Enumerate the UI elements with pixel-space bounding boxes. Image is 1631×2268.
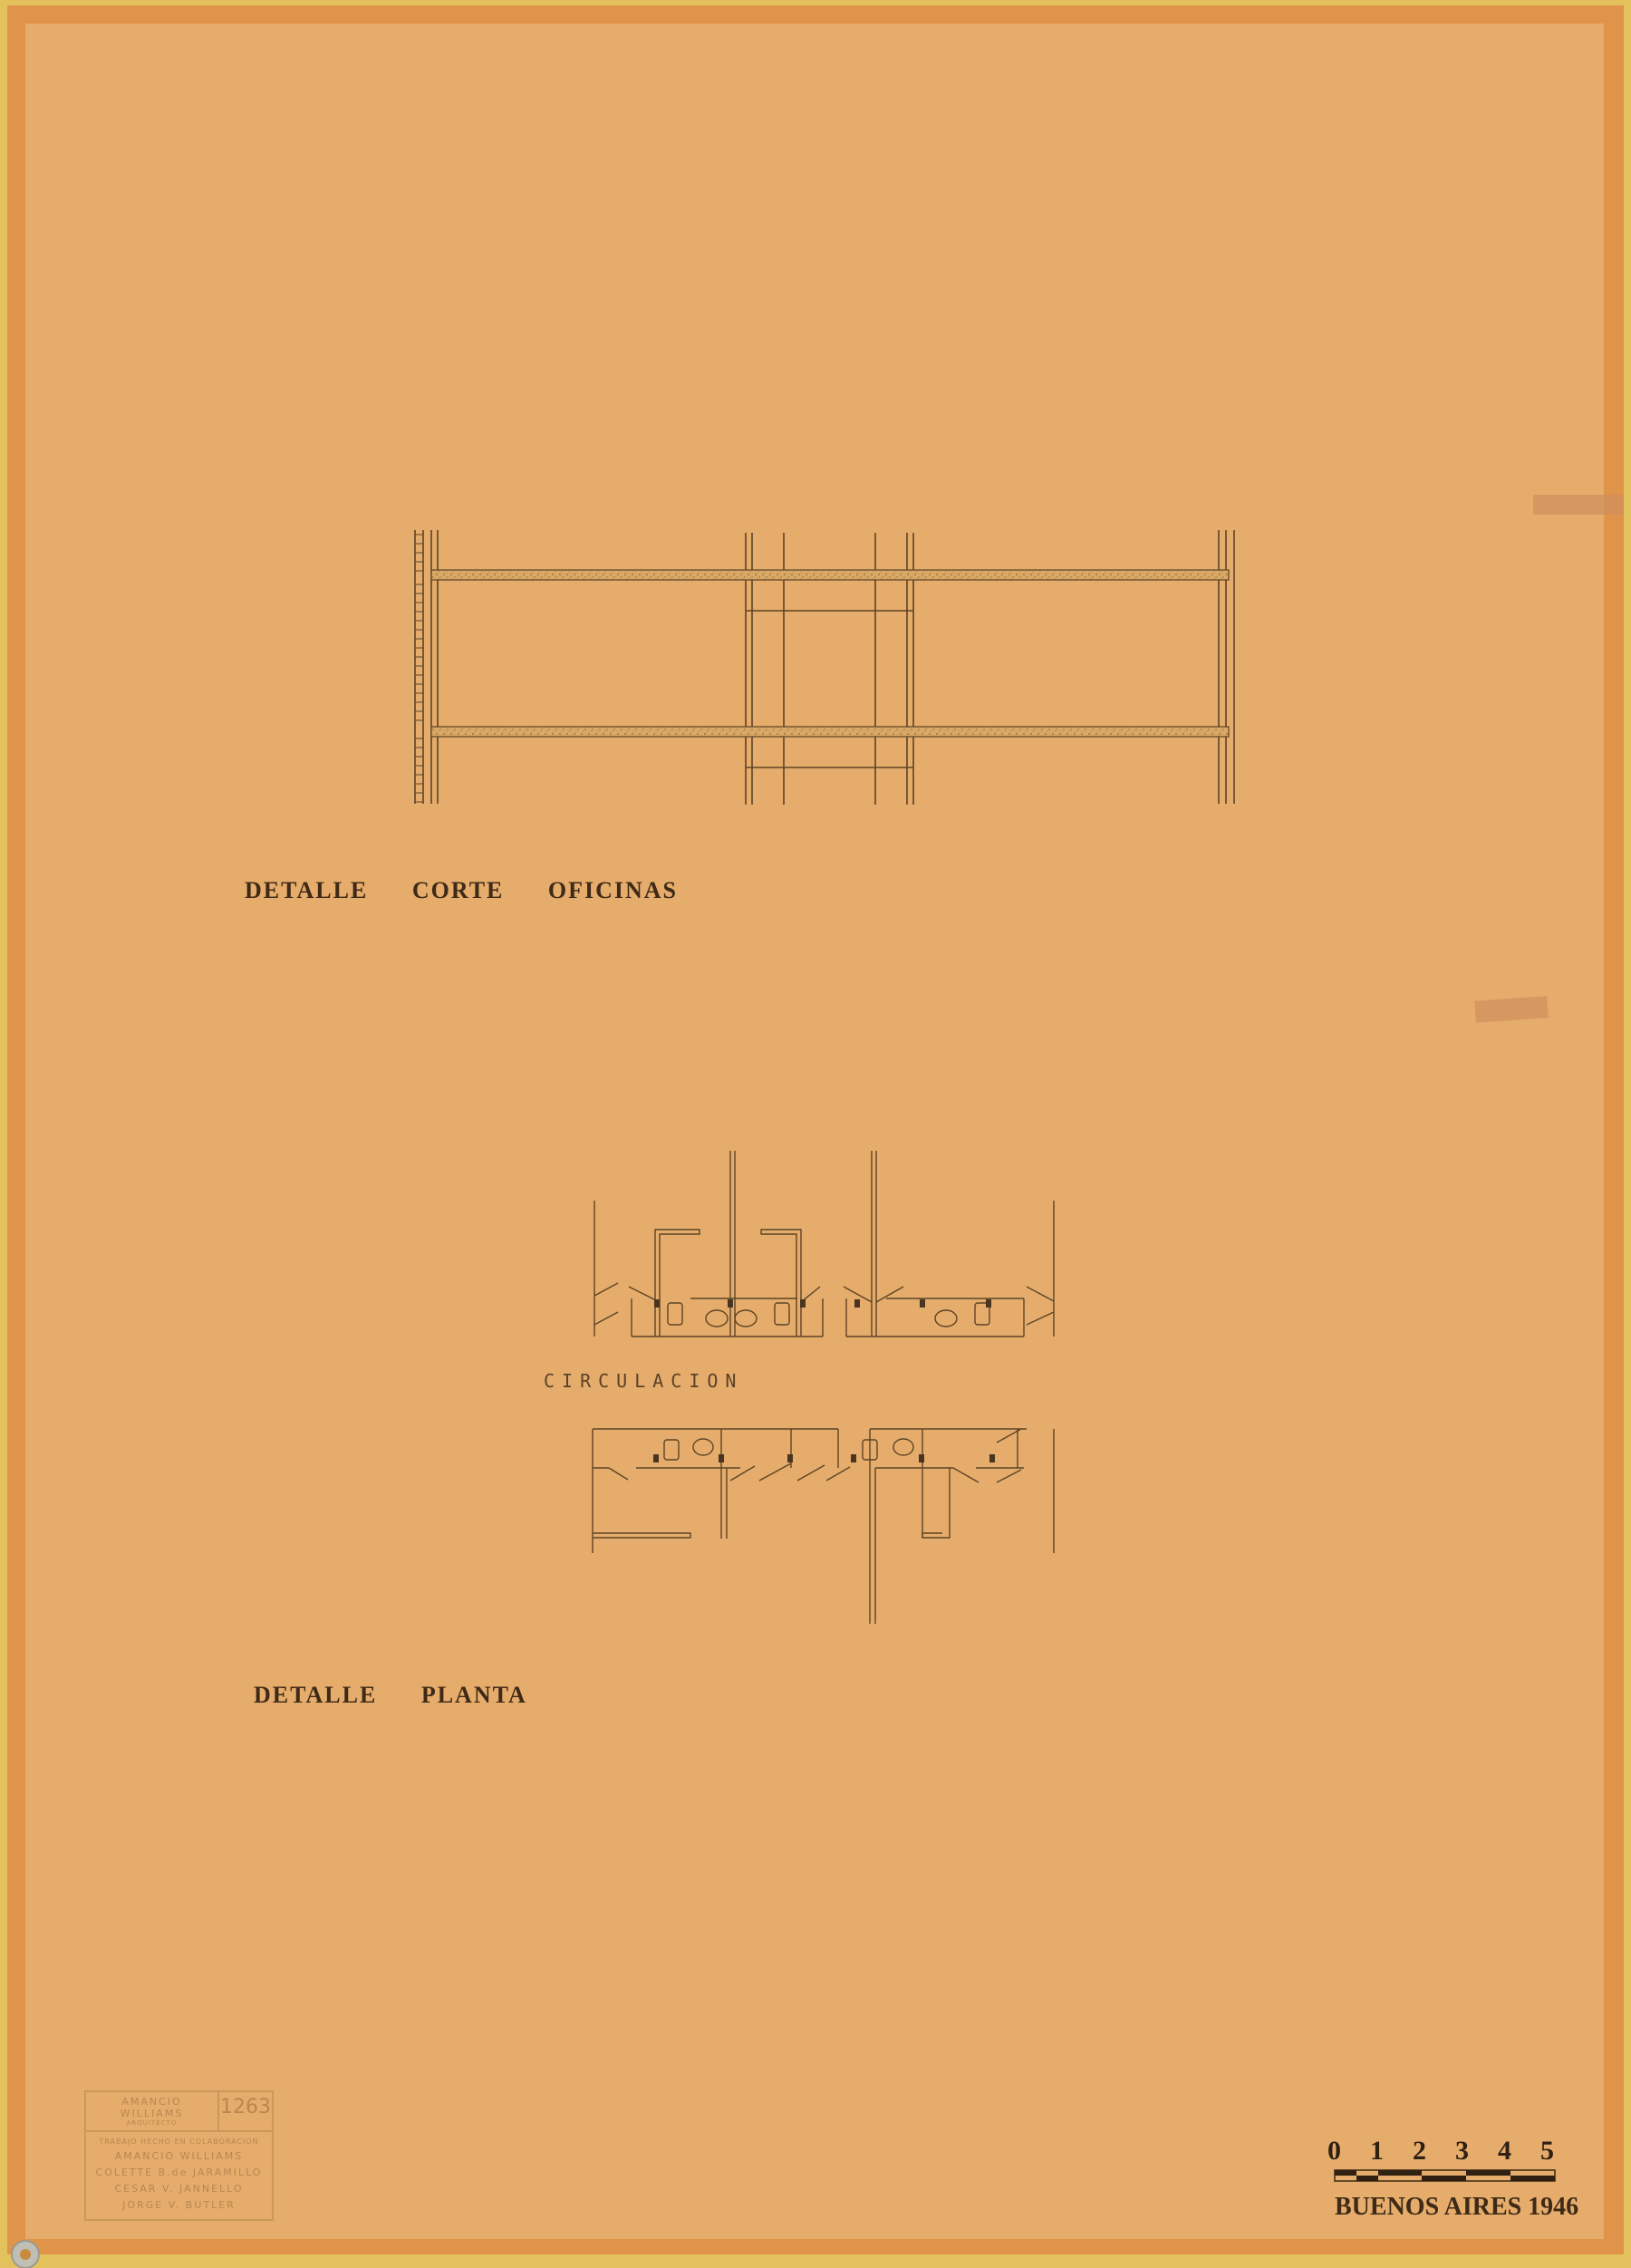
stamp-collaborators: TRABAJO HECHO EN COLABORACION AMANCIO WI… [86,2132,272,2217]
stamp-collaborator: COLETTE B.de JARAMILLO [92,2165,266,2181]
stamp-number: 1263 [219,2092,272,2130]
architect-stamp: AMANCIO WILLIAMS ARQUITECTO 1263 TRABAJO… [84,2090,274,2221]
stamp-collaborator: AMANCIO WILLIAMS [92,2148,266,2165]
place-date: BUENOS AIRES 1946 [1335,2193,1578,2222]
stamp-collab-heading: TRABAJO HECHO EN COLABORACION [92,2136,266,2148]
stamp-header: AMANCIO WILLIAMS ARQUITECTO 1263 [86,2092,272,2132]
stamp-collaborator: CESAR V. JANNELLO [92,2181,266,2197]
scale-bar-graphic [0,0,1631,2268]
stamp-architect-role: ARQUITECTO [88,2119,216,2127]
stamp-collaborator: JORGE V. BUTLER [92,2197,266,2214]
stamp-architect: AMANCIO WILLIAMS ARQUITECTO [86,2092,219,2130]
stamp-architect-name: AMANCIO WILLIAMS [121,2096,184,2119]
